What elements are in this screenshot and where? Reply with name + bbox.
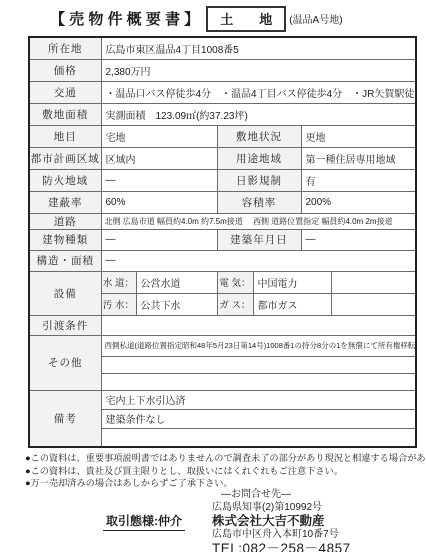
value-shade-regulation: 有 [301, 169, 416, 191]
value-transport: ・温品口バス停徒歩4分 ・温品4丁目バス停徒歩4分 ・JR矢賀駅徒歩25分 [101, 81, 416, 103]
contact-tel: TEL:082－258－4857 [212, 541, 351, 552]
header: 【 売 物 件 概 要 書 】 土 地 (温品A号地) [0, 0, 426, 30]
table-row: 防火地域 ― 日影規制 有 [29, 169, 416, 191]
value-building-type: ― [101, 229, 217, 250]
label-sewage: 汚 水： [101, 293, 136, 315]
label-land-area: 敷地面積 [29, 103, 101, 125]
value-other-3 [101, 373, 416, 390]
table-row: 構造・面積 ― [29, 250, 416, 271]
value-construction-date: ― [301, 229, 416, 250]
label-construction-date: 建築年月日 [217, 229, 301, 250]
contact-license: 広島県知事(2)第10992号 [212, 501, 351, 514]
value-other-2 [101, 356, 416, 373]
value-water: 公営水道 [136, 271, 217, 293]
value-structure-area: ― [101, 250, 416, 271]
value-utilities-extra [331, 293, 416, 315]
transaction-type: 取引態様:仲介 [103, 512, 185, 531]
contact-heading: ―お問合せ先― [221, 488, 351, 501]
label-handover-conditions: 引渡条件 [29, 315, 101, 335]
value-electricity: 中国電力 [253, 271, 331, 293]
label-coverage-ratio: 建蔽率 [29, 191, 101, 213]
table-row: 設備 水 道： 公営水道 電 気： 中国電力 [29, 271, 416, 293]
value-utilities-extra [331, 271, 416, 293]
contact-company: 株式会社大吉不動産 [212, 514, 351, 528]
footnote-1: ●この資料は、重要事項説明書ではありませんので調査未了の部分があり現況と相違する… [25, 452, 426, 465]
footnotes: ●この資料は、重要事項説明書ではありませんので調査未了の部分があり現況と相違する… [25, 452, 426, 490]
label-city-planning: 都市計画区域 [29, 147, 101, 169]
table-row: 所在地 広島市東区温品4丁目1008番5 [29, 37, 416, 59]
label-structure-area: 構造・面積 [29, 250, 101, 271]
value-zoning: 第一種住居専用地域 [301, 147, 416, 169]
table-row: その他 西側私道(道路位置指定昭和48年5月23日第14号)1008番1の持分8… [29, 335, 416, 356]
contact-address: 広島市中区舟入本町10番7号 [212, 528, 351, 541]
table-row: 備考 宅内上下水引込済 [29, 390, 416, 409]
label-gas: ガ ス： [217, 293, 253, 315]
label-other: その他 [29, 335, 101, 390]
table-row: 価格 2,380万円 [29, 59, 416, 81]
table-row: 敷地面積 実測面積 123.09㎡(約37.23坪) [29, 103, 416, 125]
property-type-badge: 土 地 [206, 6, 286, 32]
value-price: 2,380万円 [101, 59, 416, 81]
label-location: 所在地 [29, 37, 101, 59]
value-site-condition: 更地 [301, 125, 416, 147]
value-floor-area-ratio: 200% [301, 191, 416, 213]
label-building-type: 建物種類 [29, 229, 101, 250]
label-floor-area-ratio: 容積率 [217, 191, 301, 213]
value-land-category: 宅地 [101, 125, 217, 147]
table-row: 道路 北側 広島市道 幅員約4.0m 約7.5m接道 西側 道路位置指定 幅員約… [29, 213, 416, 229]
property-spec-table: 所在地 広島市東区温品4丁目1008番5 価格 2,380万円 交通 ・温品口バ… [28, 36, 417, 448]
label-land-category: 地目 [29, 125, 101, 147]
table-row: 都市計画区域 区域内 用途地域 第一種住居専用地域 [29, 147, 416, 169]
label-road: 道路 [29, 213, 101, 229]
table-row: 交通 ・温品口バス停徒歩4分 ・温品4丁目バス停徒歩4分 ・JR矢賀駅徒歩25分 [29, 81, 416, 103]
footnote-2: ●この資料は、貴社及び買主限りとし、取扱いにはくれぐれもご注意下さい。 [25, 465, 426, 478]
label-water: 水 道： [101, 271, 136, 293]
value-remarks-3 [101, 428, 416, 447]
table-row: 建蔽率 60% 容積率 200% [29, 191, 416, 213]
value-land-area: 実測面積 123.09㎡(約37.23坪) [101, 103, 416, 125]
contact-block: ―お問合せ先― 広島県知事(2)第10992号 株式会社大吉不動産 広島市中区舟… [212, 488, 351, 552]
value-sewage: 公共下水 [136, 293, 217, 315]
table-row: 建物種類 ― 建築年月日 ― [29, 229, 416, 250]
label-shade-regulation: 日影規制 [217, 169, 301, 191]
value-remarks-1: 宅内上下水引込済 [101, 390, 416, 409]
label-price: 価格 [29, 59, 101, 81]
value-road: 北側 広島市道 幅員約4.0m 約7.5m接道 西側 道路位置指定 幅員約4.0… [101, 213, 416, 229]
table-row: 地目 宅地 敷地状況 更地 [29, 125, 416, 147]
label-zoning: 用途地域 [217, 147, 301, 169]
value-location: 広島市東区温品4丁目1008番5 [101, 37, 416, 59]
property-summary-sheet: 【 売 物 件 概 要 書 】 土 地 (温品A号地) 所在地 広島市東区温品4… [0, 0, 426, 552]
lot-name: (温品A号地) [289, 11, 342, 26]
value-handover-conditions [101, 315, 416, 335]
label-utilities: 設備 [29, 271, 101, 315]
label-transport: 交通 [29, 81, 101, 103]
table-row: 引渡条件 [29, 315, 416, 335]
value-remarks-2: 建築条件なし [101, 409, 416, 428]
doc-title: 【 売 物 件 概 要 書 】 [50, 8, 199, 29]
value-fire-zone: ― [101, 169, 217, 191]
value-coverage-ratio: 60% [101, 191, 217, 213]
label-fire-zone: 防火地域 [29, 169, 101, 191]
label-electricity: 電 気： [217, 271, 253, 293]
footer: 取引態様:仲介 ―お問合せ先― 広島県知事(2)第10992号 株式会社大吉不動… [0, 486, 426, 552]
value-other-1: 西側私道(道路位置指定昭和48年5月23日第14号)1008番1の持分8分の1を… [101, 335, 416, 356]
value-city-planning: 区域内 [101, 147, 217, 169]
value-gas: 都市ガス [253, 293, 331, 315]
label-remarks: 備考 [29, 390, 101, 447]
label-site-condition: 敷地状況 [217, 125, 301, 147]
